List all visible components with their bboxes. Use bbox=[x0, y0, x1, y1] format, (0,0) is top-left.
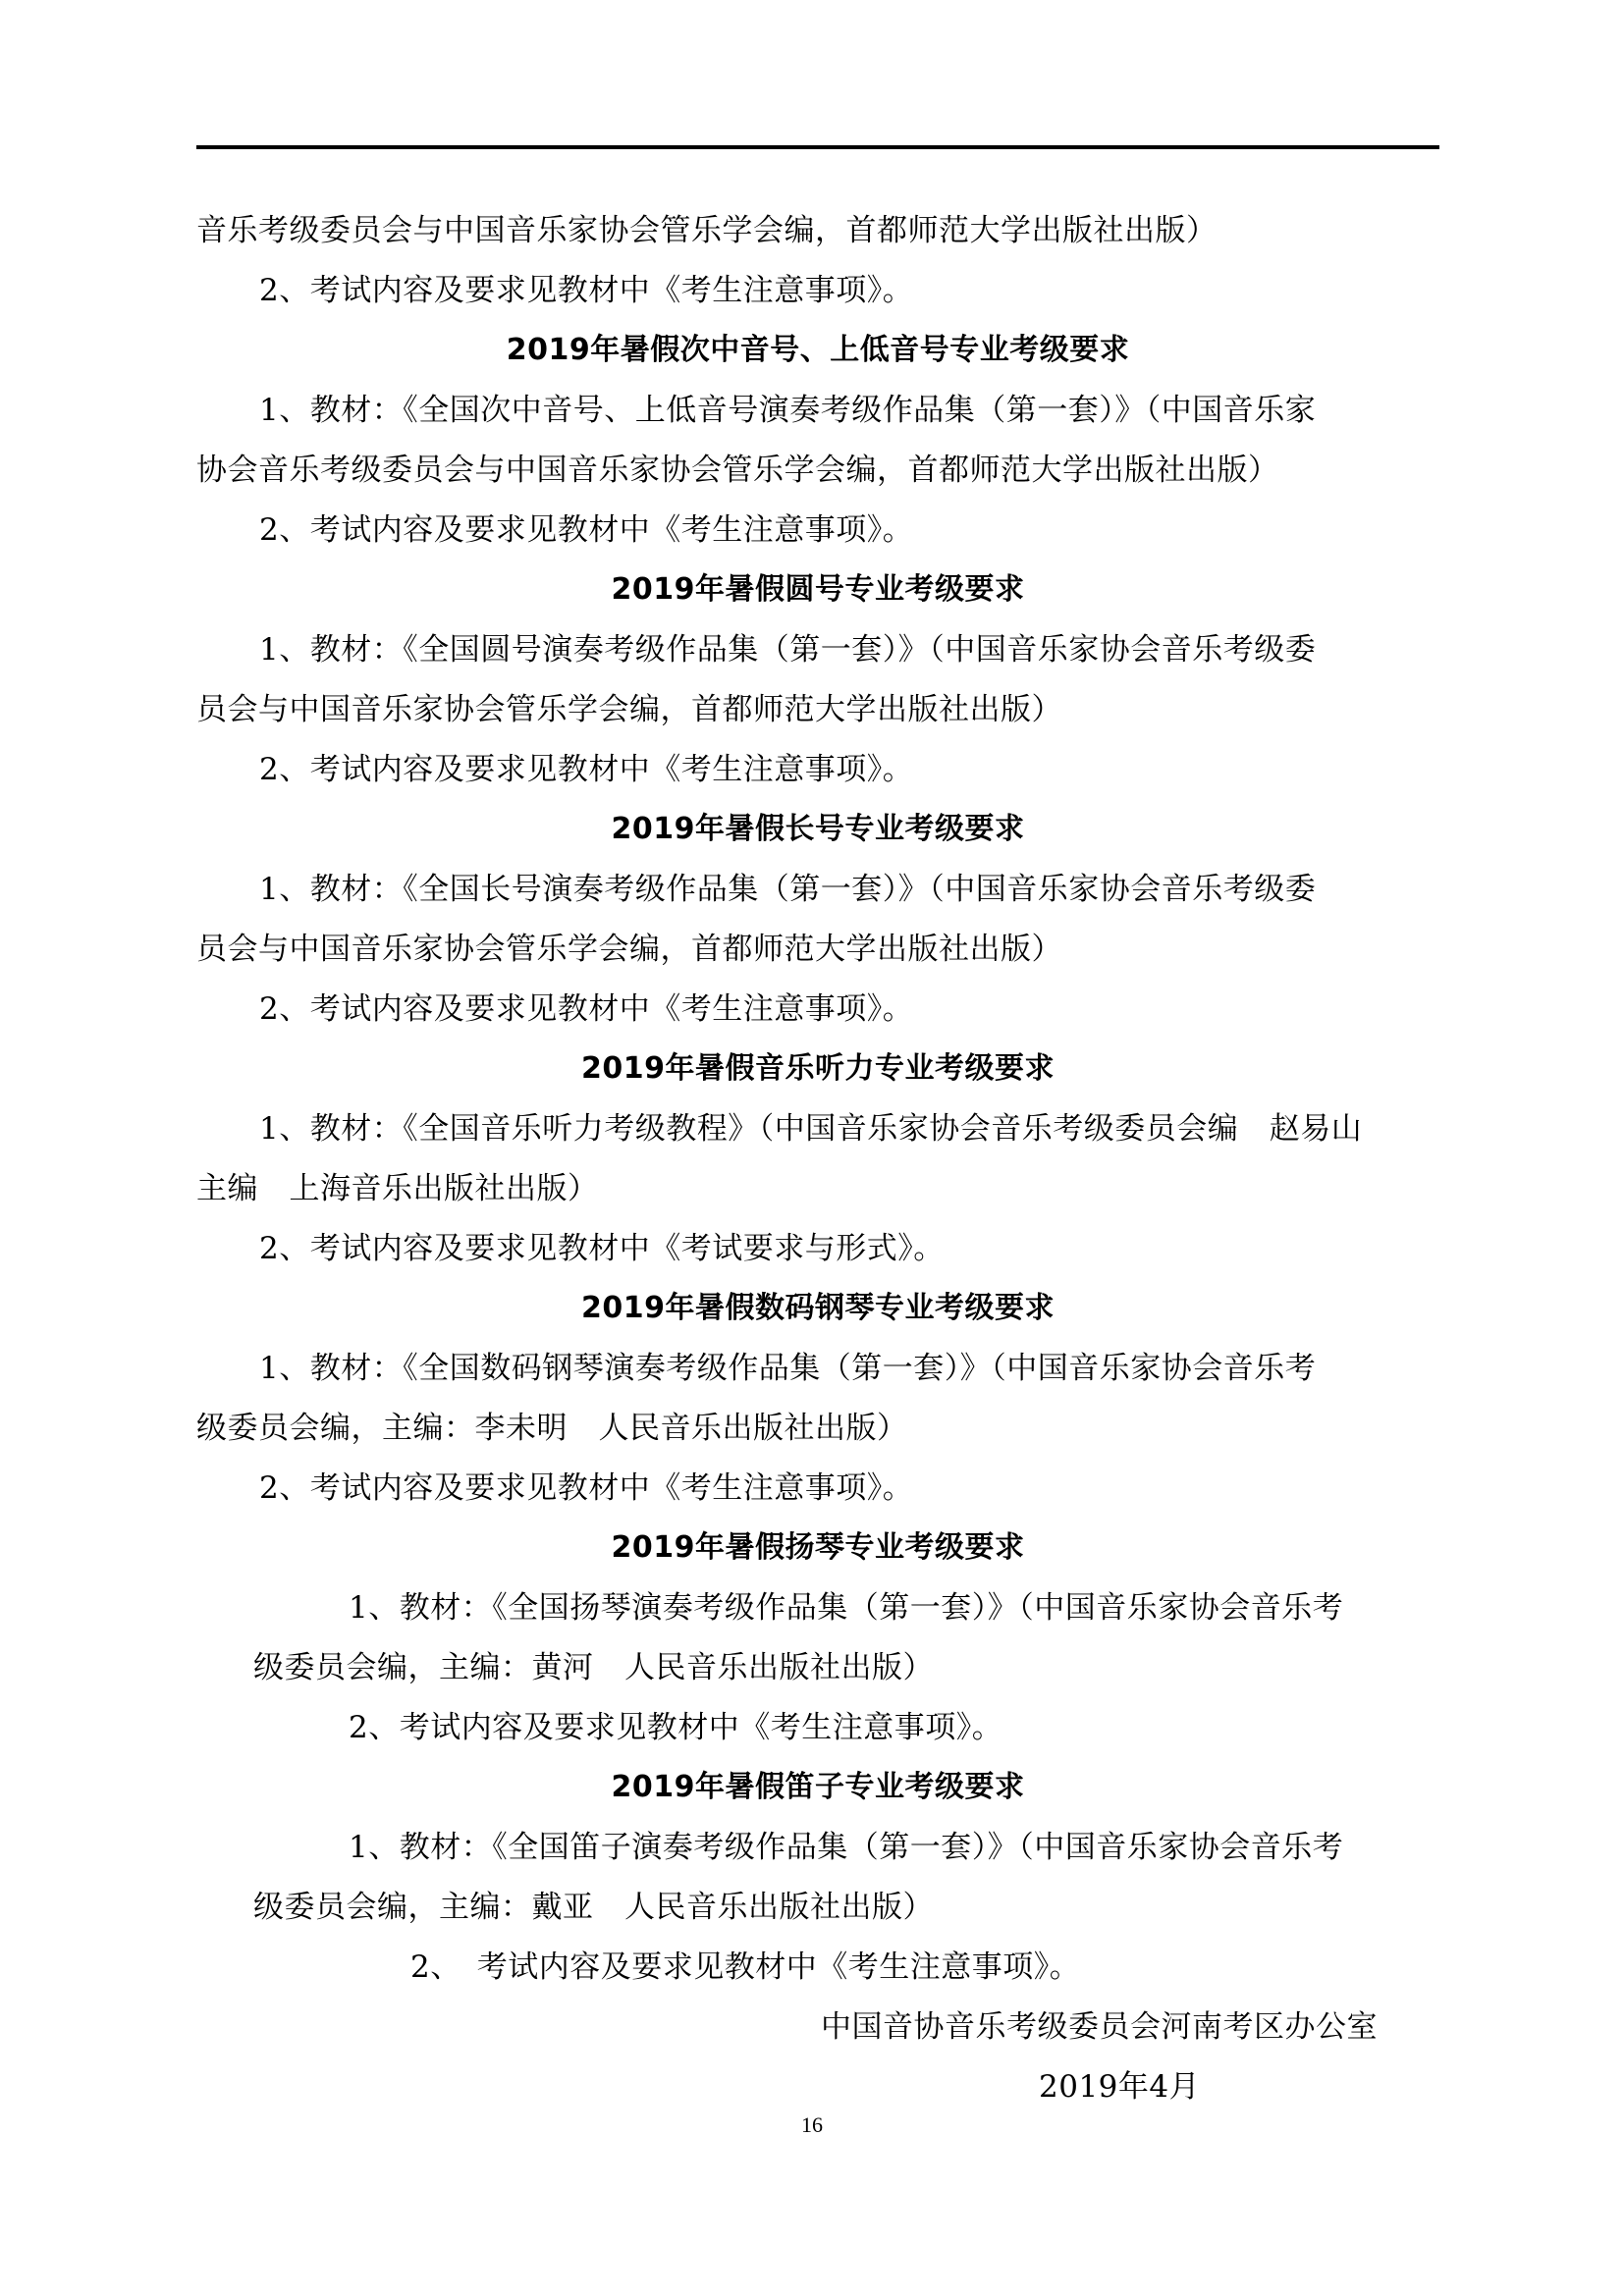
header-rule bbox=[196, 145, 1439, 149]
item-2: 2、考试内容及要求见教材中《考生注意事项》。 bbox=[196, 1705, 1439, 1765]
item-1-line-1: 1、教材：《全国圆号演奏考级作品集（第一套）》（中国音乐家协会音乐考级委 bbox=[196, 627, 1439, 687]
item-1-line-1: 1、教材：《全国音乐听力考级教程》（中国音乐家协会音乐考级委员会编 赵易山 bbox=[196, 1106, 1439, 1166]
item-2: 2、考试内容及要求见教材中《考生注意事项》。 bbox=[196, 987, 1439, 1046]
item-2: 2、考试内容及要求见教材中《考生注意事项》。 bbox=[196, 507, 1439, 567]
item-1-line-2: 协会音乐考级委员会与中国音乐家协会管乐学会编，首都师范大学出版社出版） bbox=[196, 448, 1439, 507]
item-1-line-1: 1、教材：《全国次中音号、上低音号演奏考级作品集（第一套）》（中国音乐家 bbox=[196, 388, 1439, 448]
continuation-text: 音乐考级委员会与中国音乐家协会管乐学会编，首都师范大学出版社出版） bbox=[196, 208, 1439, 268]
item-1-line-2: 级委员会编，主编：李未明 人民音乐出版社出版） bbox=[196, 1406, 1439, 1466]
section-heading: 2019年暑假圆号专业考级要求 bbox=[196, 567, 1439, 627]
page-number: 16 bbox=[0, 2112, 1624, 2138]
section-heading: 2019年暑假笛子专业考级要求 bbox=[196, 1765, 1439, 1825]
signature: 中国音协音乐考级委员会河南考区办公室 bbox=[196, 2004, 1439, 2064]
item-1-line-2: 主编 上海音乐出版社出版） bbox=[196, 1166, 1439, 1226]
item-1-line-2: 级委员会编，主编：黄河 人民音乐出版社出版） bbox=[196, 1645, 1439, 1705]
item-1-line-1: 1、教材：《全国数码钢琴演奏考级作品集（第一套）》（中国音乐家协会音乐考 bbox=[196, 1346, 1439, 1406]
item-2: 2、考试内容及要求见教材中《考试要求与形式》。 bbox=[196, 1226, 1439, 1286]
item-1-line-2: 员会与中国音乐家协会管乐学会编，首都师范大学出版社出版） bbox=[196, 687, 1439, 747]
item-2: 2、 考试内容及要求见教材中《考生注意事项》。 bbox=[196, 1945, 1439, 2004]
section-heading: 2019年暑假数码钢琴专业考级要求 bbox=[196, 1286, 1439, 1346]
item-1-line-1: 1、教材：《全国笛子演奏考级作品集（第一套）》（中国音乐家协会音乐考 bbox=[196, 1825, 1439, 1885]
item-1-line-2: 员会与中国音乐家协会管乐学会编，首都师范大学出版社出版） bbox=[196, 927, 1439, 987]
item-1-line-2: 级委员会编，主编：戴亚 人民音乐出版社出版） bbox=[196, 1885, 1439, 1945]
continuation-item-2: 2、考试内容及要求见教材中《考生注意事项》。 bbox=[196, 268, 1439, 328]
item-2: 2、考试内容及要求见教材中《考生注意事项》。 bbox=[196, 1466, 1439, 1525]
item-1-line-1: 1、教材：《全国长号演奏考级作品集（第一套）》（中国音乐家协会音乐考级委 bbox=[196, 867, 1439, 927]
section-heading: 2019年暑假音乐听力专业考级要求 bbox=[196, 1046, 1439, 1106]
item-2: 2、考试内容及要求见教材中《考生注意事项》。 bbox=[196, 747, 1439, 807]
section-heading: 2019年暑假次中音号、上低音号专业考级要求 bbox=[196, 328, 1439, 388]
section-heading: 2019年暑假扬琴专业考级要求 bbox=[196, 1525, 1439, 1585]
document-body: 音乐考级委员会与中国音乐家协会管乐学会编，首都师范大学出版社出版） 2、考试内容… bbox=[196, 208, 1439, 2124]
item-1-line-1: 1、教材：《全国扬琴演奏考级作品集（第一套）》（中国音乐家协会音乐考 bbox=[196, 1585, 1439, 1645]
section-heading: 2019年暑假长号专业考级要求 bbox=[196, 807, 1439, 867]
